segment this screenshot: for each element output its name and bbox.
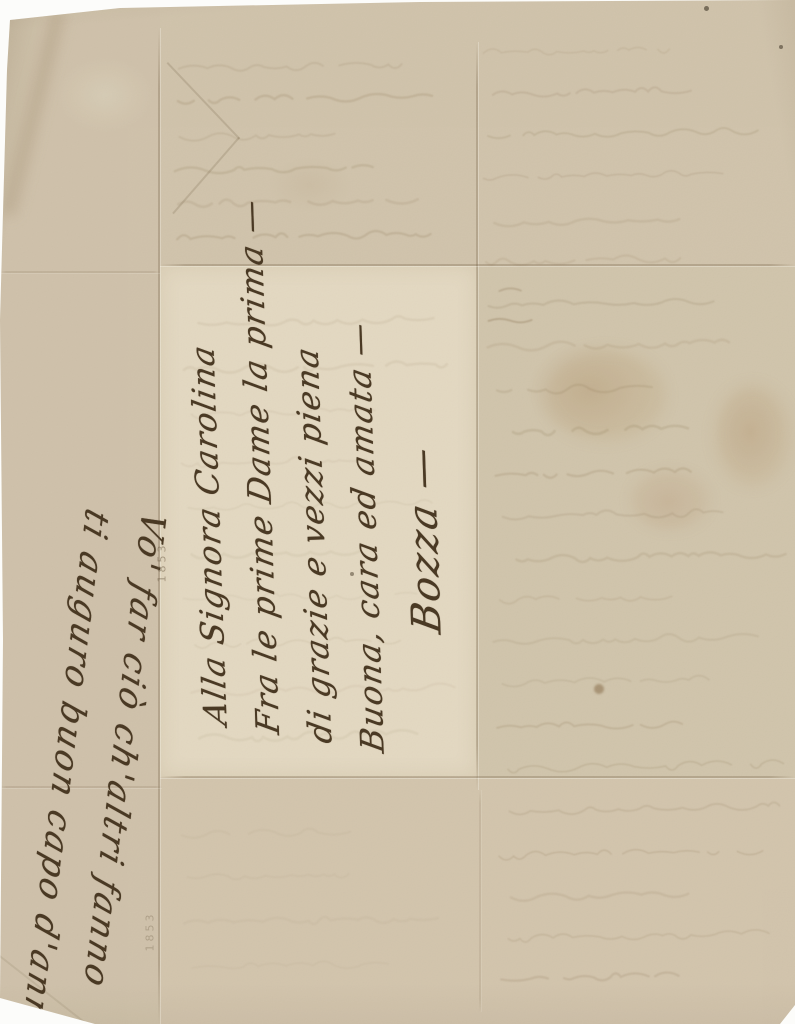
right-fold-band bbox=[477, 266, 795, 778]
flap-crease-upper bbox=[167, 62, 240, 139]
paper-stain bbox=[630, 470, 710, 530]
fold-crease-vertical-right bbox=[476, 42, 478, 790]
paper-stain bbox=[545, 350, 665, 440]
ink-speck bbox=[779, 45, 783, 49]
dedication-note: Alla Signora Carolina Fra le prime Dame … bbox=[177, 350, 478, 771]
paper-stain bbox=[1, 9, 65, 216]
letter-sheet: Alla Signora Carolina Fra le prime Dame … bbox=[0, 0, 795, 1024]
bottom-fold-band bbox=[160, 778, 795, 1024]
signature: Bozza — bbox=[386, 387, 465, 768]
fold-crease-vertical-right-faint bbox=[479, 790, 481, 1012]
document-scan: Alla Signora Carolina Fra le prime Dame … bbox=[0, 0, 795, 1024]
ink-show-through bbox=[166, 39, 470, 263]
ink-show-through bbox=[476, 17, 795, 1011]
fold-crease-horizontal-lower bbox=[160, 776, 795, 778]
paper-stain bbox=[715, 385, 790, 485]
ink-show-through bbox=[176, 797, 465, 998]
archival-number-pencil: 1853 bbox=[156, 543, 169, 583]
archival-number-pencil: 1853 bbox=[144, 912, 157, 952]
ink-speck bbox=[704, 6, 709, 11]
ink-spot bbox=[594, 684, 604, 694]
fold-crease-horizontal-upper-left bbox=[0, 271, 160, 273]
ink-show-through bbox=[481, 273, 554, 338]
